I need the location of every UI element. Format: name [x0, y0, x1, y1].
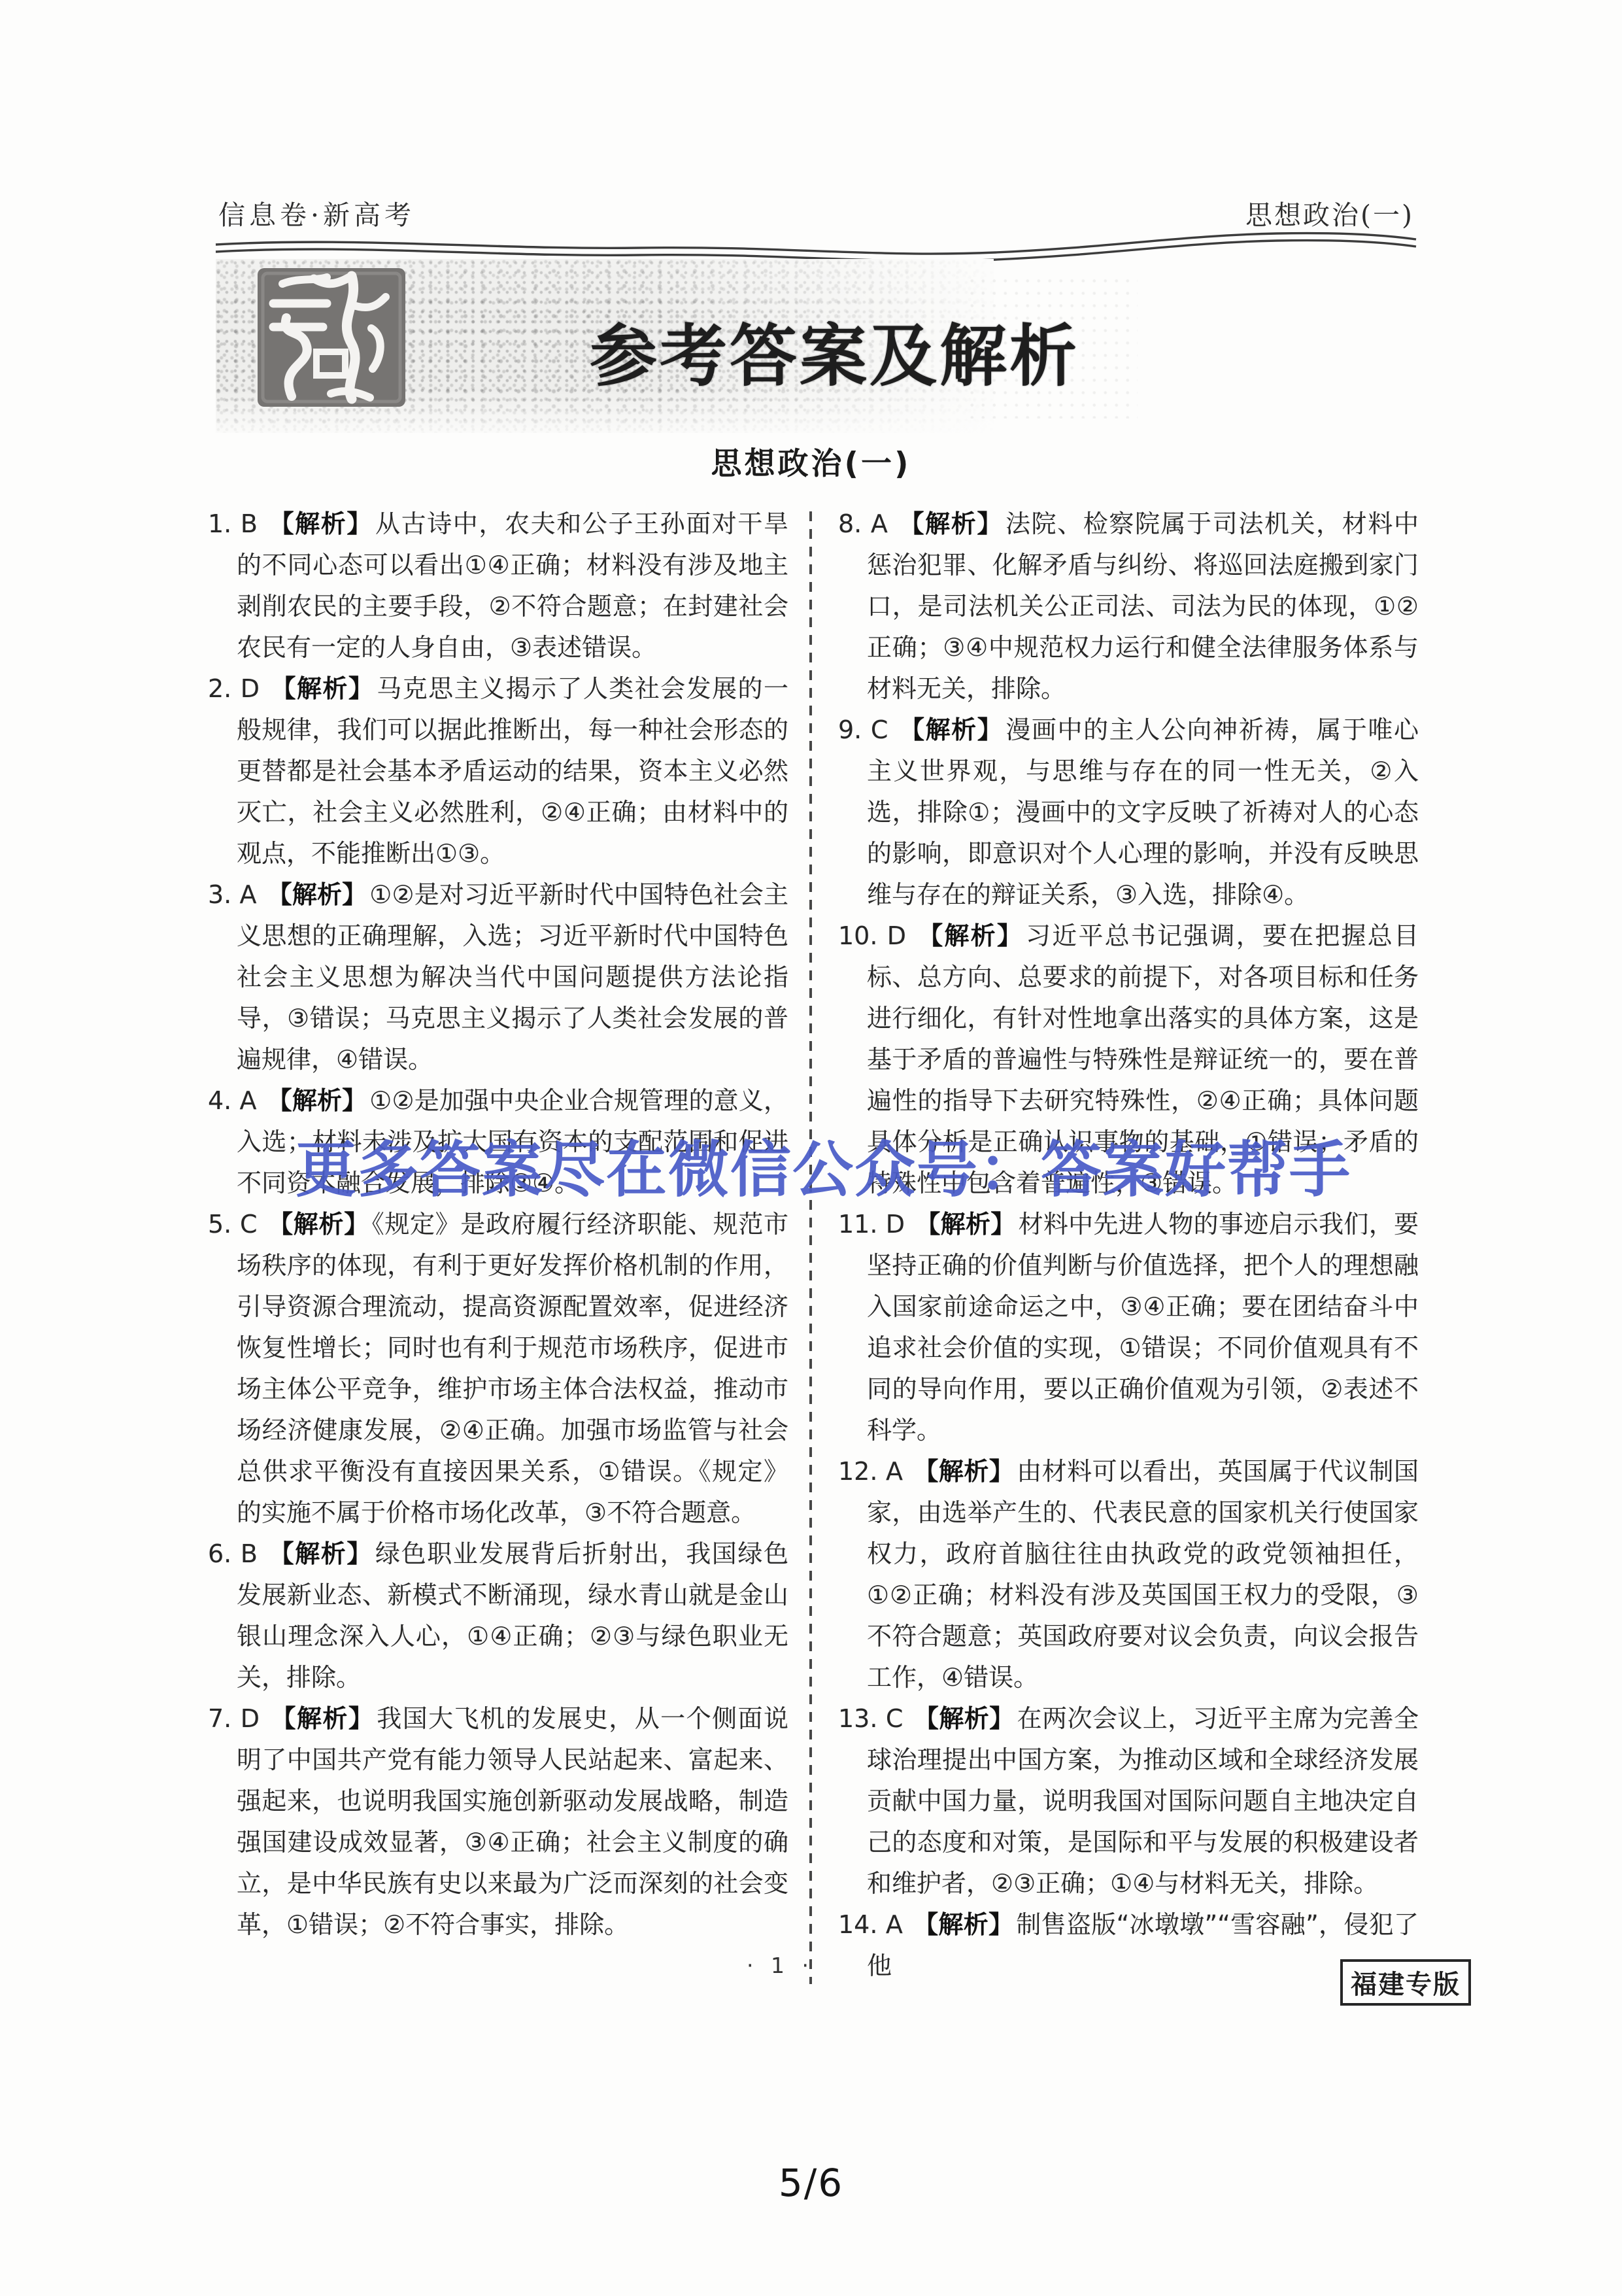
answer-label: 3. A [208, 880, 257, 909]
analysis-tag: 【解析】 [913, 1457, 1014, 1486]
analysis-tag: 【解析】 [915, 1210, 1015, 1239]
viewer-page-indicator: 5/6 [0, 2161, 1622, 2205]
answer-label: 13. C [838, 1704, 903, 1733]
answer-label: 7. D [208, 1704, 260, 1733]
answer-label: 4. A [208, 1086, 257, 1115]
analysis-tag: 【解析】 [898, 509, 1003, 538]
answer-item: 9. C【解析】漫画中的主人公向神祈祷，属于唯心主义世界观，与思维与存在的同一性… [838, 710, 1419, 916]
analysis-tag: 【解析】 [913, 1704, 1014, 1733]
watermark: 更多答案尽在微信公众号：答案好帮手 [296, 1121, 1351, 1208]
answer-label: 11. D [838, 1210, 905, 1239]
seal-stamp-icon [254, 266, 409, 409]
analysis-tag: 【解析】 [898, 715, 1003, 744]
analysis-text: ①②是对习近平新时代中国特色社会主义思想的正确理解，入选；习近平新时代中国特色社… [237, 880, 788, 1074]
analysis-tag: 【解析】 [917, 921, 1023, 950]
left-column: 1. B【解析】从古诗中，农夫和公子王孙面对干旱的不同心态可以看出①④正确；材料… [208, 504, 788, 1945]
analysis-text: 法院、检察院属于司法机关，材料中惩治犯罪、化解矛盾与纠纷、将巡回法庭搬到家门口，… [867, 509, 1419, 703]
analysis-text: 材料中先进人物的事迹启示我们，要坚持正确的价值判断与价值选择，把个人的理想融入国… [867, 1210, 1419, 1445]
edition-badge: 福建专版 [1340, 1959, 1471, 2006]
answer-item: 3. A【解析】①②是对习近平新时代中国特色社会主义思想的正确理解，入选；习近平… [208, 874, 788, 1080]
answer-item: 11. D【解析】材料中先进人物的事迹启示我们，要坚持正确的价值判断与价值选择，… [838, 1204, 1419, 1451]
answer-item: 6. B【解析】绿色职业发展背后折射出，我国绿色发展新业态、新模式不断涌现，绿水… [208, 1534, 788, 1698]
answer-item: 2. D【解析】马克思主义揭示了人类社会发展的一般规律，我们可以据此推断出，每一… [208, 668, 788, 874]
analysis-text: 在两次会议上，习近平主席为完善全球治理提出中国方案，为推动区域和全球经济发展贡献… [867, 1704, 1419, 1898]
analysis-text: 我国大飞机的发展史，从一个侧面说明了中国共产党有能力领导人民站起来、富起来、强起… [237, 1704, 788, 1939]
right-column: 8. A【解析】法院、检察院属于司法机关，材料中惩治犯罪、化解矛盾与纠纷、将巡回… [838, 504, 1419, 1987]
analysis-tag: 【解析】 [268, 1210, 369, 1239]
section-title: 思想政治(一) [0, 439, 1622, 483]
answer-label: 14. A [838, 1910, 903, 1939]
analysis-text: 《规定》是政府履行经济职能、规范市场秩序的体现，有利于更好发挥价格机制的作用，引… [237, 1210, 788, 1527]
answer-label: 9. C [838, 715, 888, 744]
analysis-tag: 【解析】 [268, 1539, 373, 1568]
analysis-tag: 【解析】 [270, 674, 374, 703]
analysis-tag: 【解析】 [913, 1910, 1014, 1939]
answer-label: 1. B [208, 509, 258, 538]
answer-label: 8. A [838, 509, 888, 538]
answer-item: 13. C【解析】在两次会议上，习近平主席为完善全球治理提出中国方案，为推动区域… [838, 1698, 1419, 1904]
answer-label: 6. B [208, 1539, 258, 1568]
answer-item: 12. A【解析】由材料可以看出，英国属于代议制国家，由选举产生的、代表民意的国… [838, 1451, 1419, 1698]
page-number-marker: · 1 · [747, 1953, 814, 1978]
answer-item: 14. A【解析】制售盗版“冰墩墩”“雪容融”，侵犯了他 [838, 1904, 1419, 1987]
analysis-tag: 【解析】 [270, 1704, 374, 1733]
answer-item: 1. B【解析】从古诗中，农夫和公子王孙面对干旱的不同心态可以看出①④正确；材料… [208, 504, 788, 668]
analysis-tag: 【解析】 [267, 1086, 367, 1115]
answer-label: 2. D [208, 674, 260, 703]
answer-label: 5. C [208, 1210, 258, 1239]
banner-title: 参考答案及解析 [590, 302, 1079, 399]
column-divider [809, 511, 812, 1984]
analysis-tag: 【解析】 [268, 509, 373, 538]
answer-label: 10. D [838, 921, 906, 950]
analysis-text: 马克思主义揭示了人类社会发展的一般规律，我们可以据此推断出，每一种社会形态的更替… [237, 674, 788, 868]
answer-item: 7. D【解析】我国大飞机的发展史，从一个侧面说明了中国共产党有能力领导人民站起… [208, 1698, 788, 1945]
answer-item: 5. C【解析】《规定》是政府履行经济职能、规范市场秩序的体现，有利于更好发挥价… [208, 1204, 788, 1534]
header-left-title: 信息卷·新高考 [218, 194, 415, 232]
header-right-title: 思想政治(一) [1245, 194, 1414, 232]
answer-label: 12. A [838, 1457, 903, 1486]
analysis-tag: 【解析】 [267, 880, 367, 909]
analysis-text: 漫画中的主人公向神祈祷，属于唯心主义世界观，与思维与存在的同一性无关，②入选，排… [867, 715, 1419, 909]
analysis-text: 由材料可以看出，英国属于代议制国家，由选举产生的、代表民意的国家机关行使国家权力… [867, 1457, 1419, 1692]
answer-item: 8. A【解析】法院、检察院属于司法机关，材料中惩治犯罪、化解矛盾与纠纷、将巡回… [838, 504, 1419, 710]
